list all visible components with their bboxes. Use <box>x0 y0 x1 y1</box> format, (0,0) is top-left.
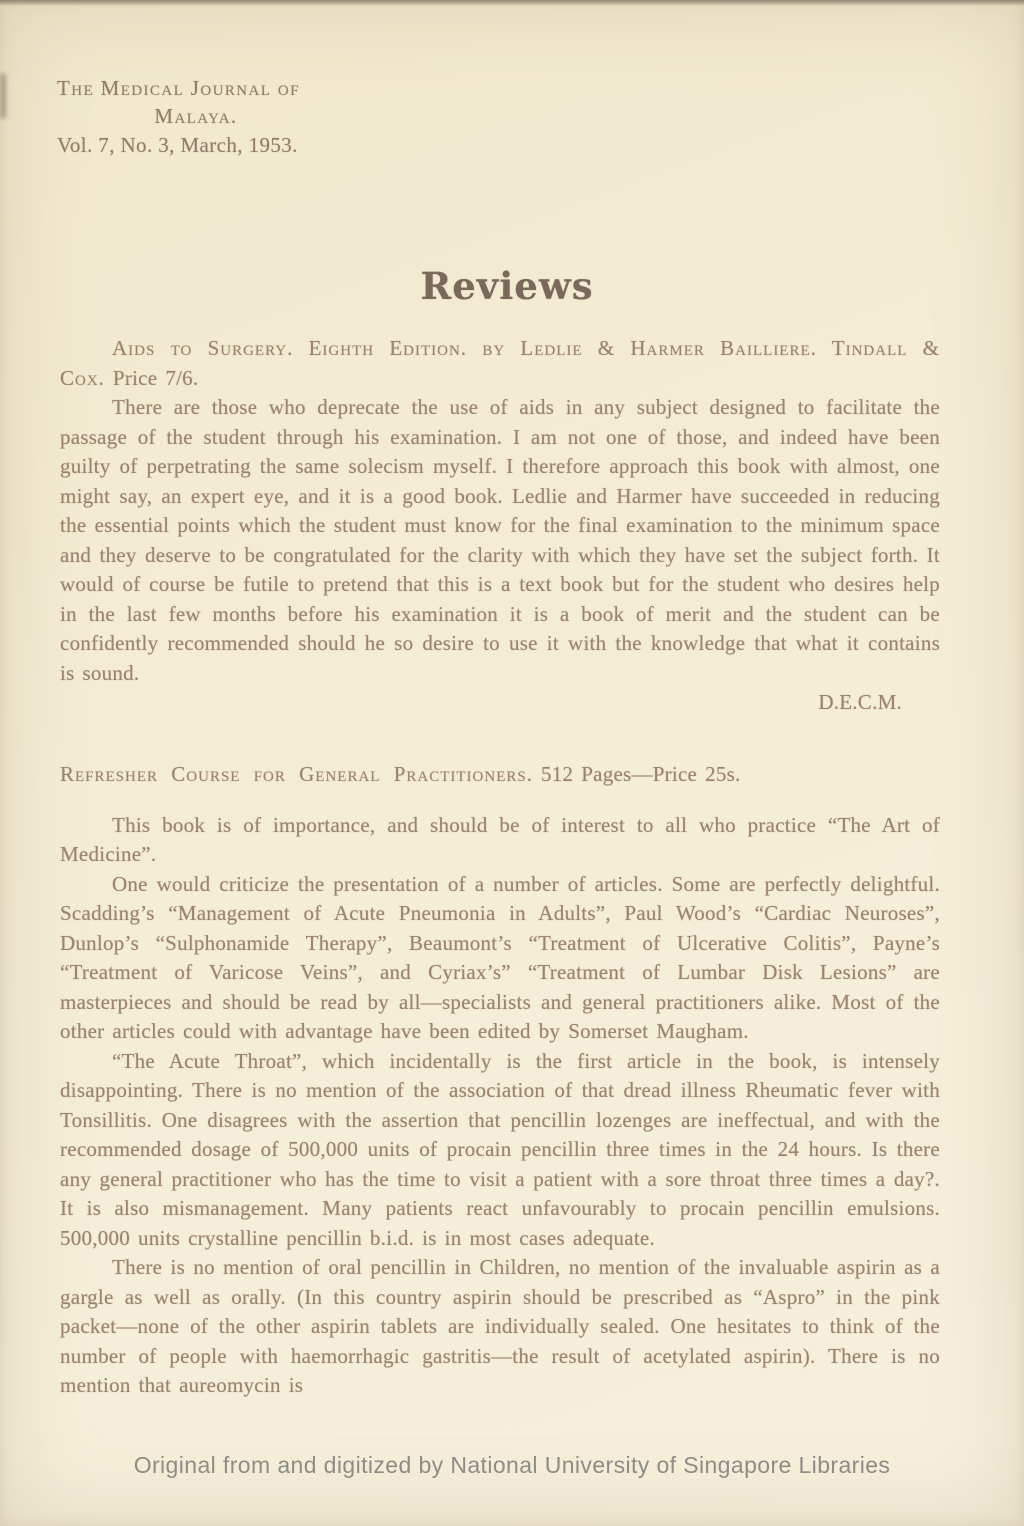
review-2-paragraph-1: This book is of importance, and should b… <box>60 811 940 870</box>
reviewer-signature: D.E.C.M. <box>60 688 940 718</box>
review-2-price: 512 Pages—Price 25s. <box>533 762 741 786</box>
scanned-journal-page: The Medical Journal of Malaya. Vol. 7, N… <box>0 0 1024 1526</box>
review-2-paragraph-3: “The Acute Throat”, which incidentally i… <box>60 1047 940 1254</box>
review-1-price: Price 7/6. <box>105 366 198 390</box>
review-2-heading: Refresher Course for General Practitione… <box>60 760 940 790</box>
digitization-watermark: Original from and digitized by National … <box>0 1452 1024 1479</box>
review-1-paragraph-1: There are those who deprecate the use of… <box>60 393 940 688</box>
journal-masthead: The Medical Journal of Malaya. Vol. 7, N… <box>57 74 335 159</box>
scan-edge-shadow <box>0 0 1024 6</box>
section-title: Reviews <box>0 264 1014 308</box>
review-2-book-title: Refresher Course for General Practitione… <box>60 762 533 786</box>
journal-volume-info: Vol. 7, No. 3, March, 1953. <box>57 131 335 159</box>
review-2-paragraph-2: One would criticize the presentation of … <box>60 870 940 1047</box>
review-aids-to-surgery: Aids to Surgery. Eighth Edition. by Ledl… <box>60 334 940 718</box>
review-2-paragraph-4: There is no mention of oral pencillin in… <box>60 1253 940 1401</box>
journal-title-line1: The Medical Journal of <box>57 74 335 102</box>
review-refresher-course: Refresher Course for General Practitione… <box>60 760 940 1401</box>
review-1-heading: Aids to Surgery. Eighth Edition. by Ledl… <box>60 334 940 393</box>
journal-title-line2: Malaya. <box>57 102 335 130</box>
scan-edge-mark <box>0 74 6 118</box>
